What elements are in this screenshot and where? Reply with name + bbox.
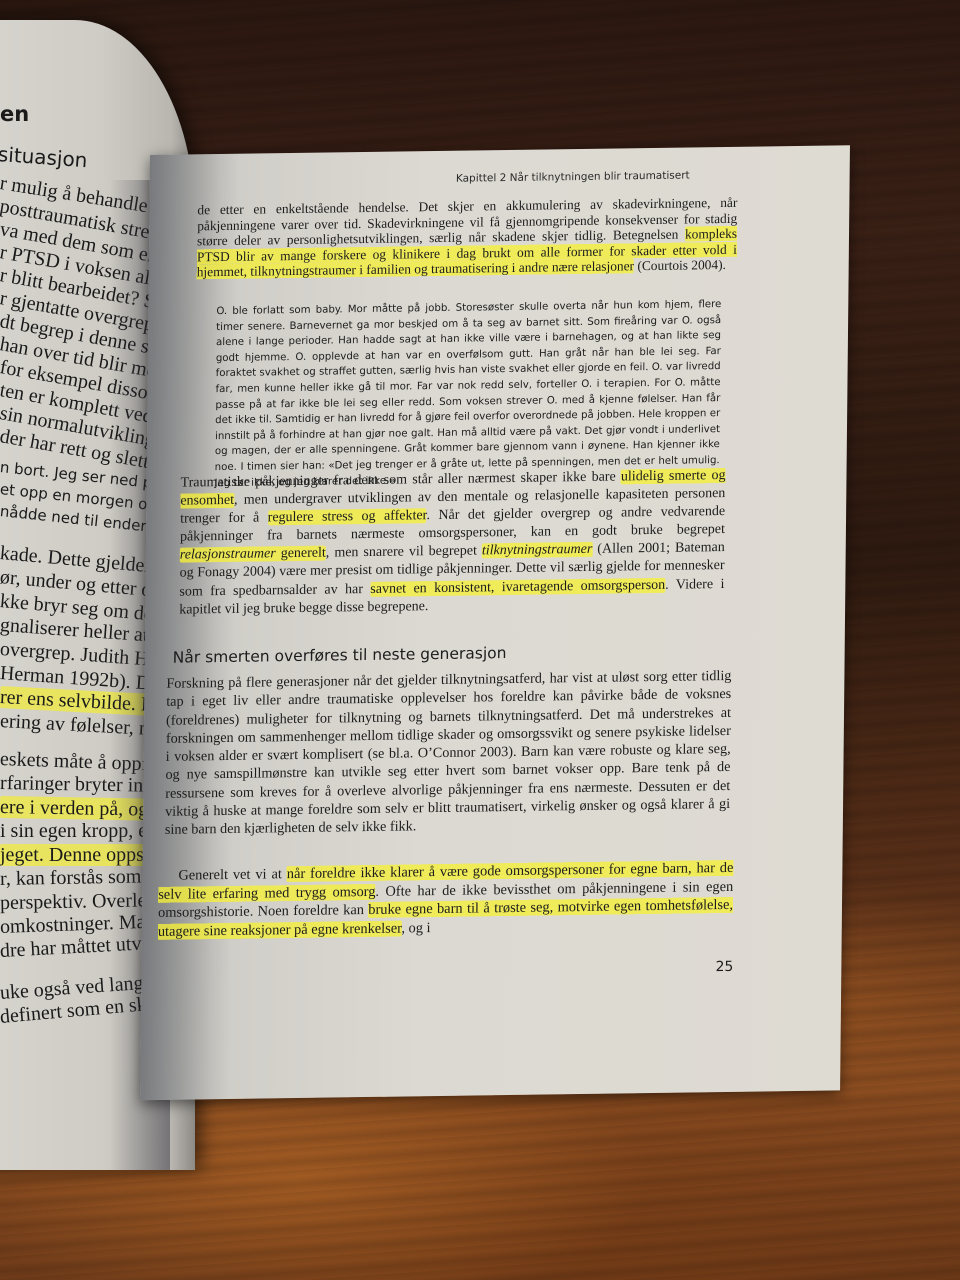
paragraph-forskning: Forskning på flere generasjoner når det … [165, 667, 732, 840]
left-page-heading-fragment: en [0, 102, 29, 126]
left-page-line: r, kan forstås som bi [0, 865, 162, 891]
gutter-shadow [140, 154, 240, 1100]
highlight: relasjonstraumer generelt [180, 546, 326, 563]
page-number: 25 [715, 959, 733, 975]
case-example-box: O. ble forlatt som baby. Mor måtte på jo… [214, 297, 721, 491]
left-page-subheading-fragment: situasjon [0, 142, 88, 172]
highlight: savnet en konsistent, ivaretagende omsor… [370, 577, 665, 596]
running-head: Kapittel 2 Når tilknytningen blir trauma… [456, 169, 690, 184]
paragraph-traumatiske-pakjenninger: Traumatiske påkjenninger fra dem som stå… [179, 467, 725, 619]
section-heading: Når smerten overføres til neste generasj… [173, 644, 507, 667]
highlight: tilknytningstraumer [482, 542, 593, 559]
highlight: regulere stress og affekter [268, 508, 427, 525]
paragraph-generelt: Generelt vet vi at når foreldre ikke kla… [158, 859, 734, 941]
right-book-page: Kapittel 2 Når tilknytningen blir trauma… [140, 145, 850, 1100]
paragraph-kompleks-ptsd: de etter en enkeltstående hendelse. Det … [197, 195, 738, 281]
